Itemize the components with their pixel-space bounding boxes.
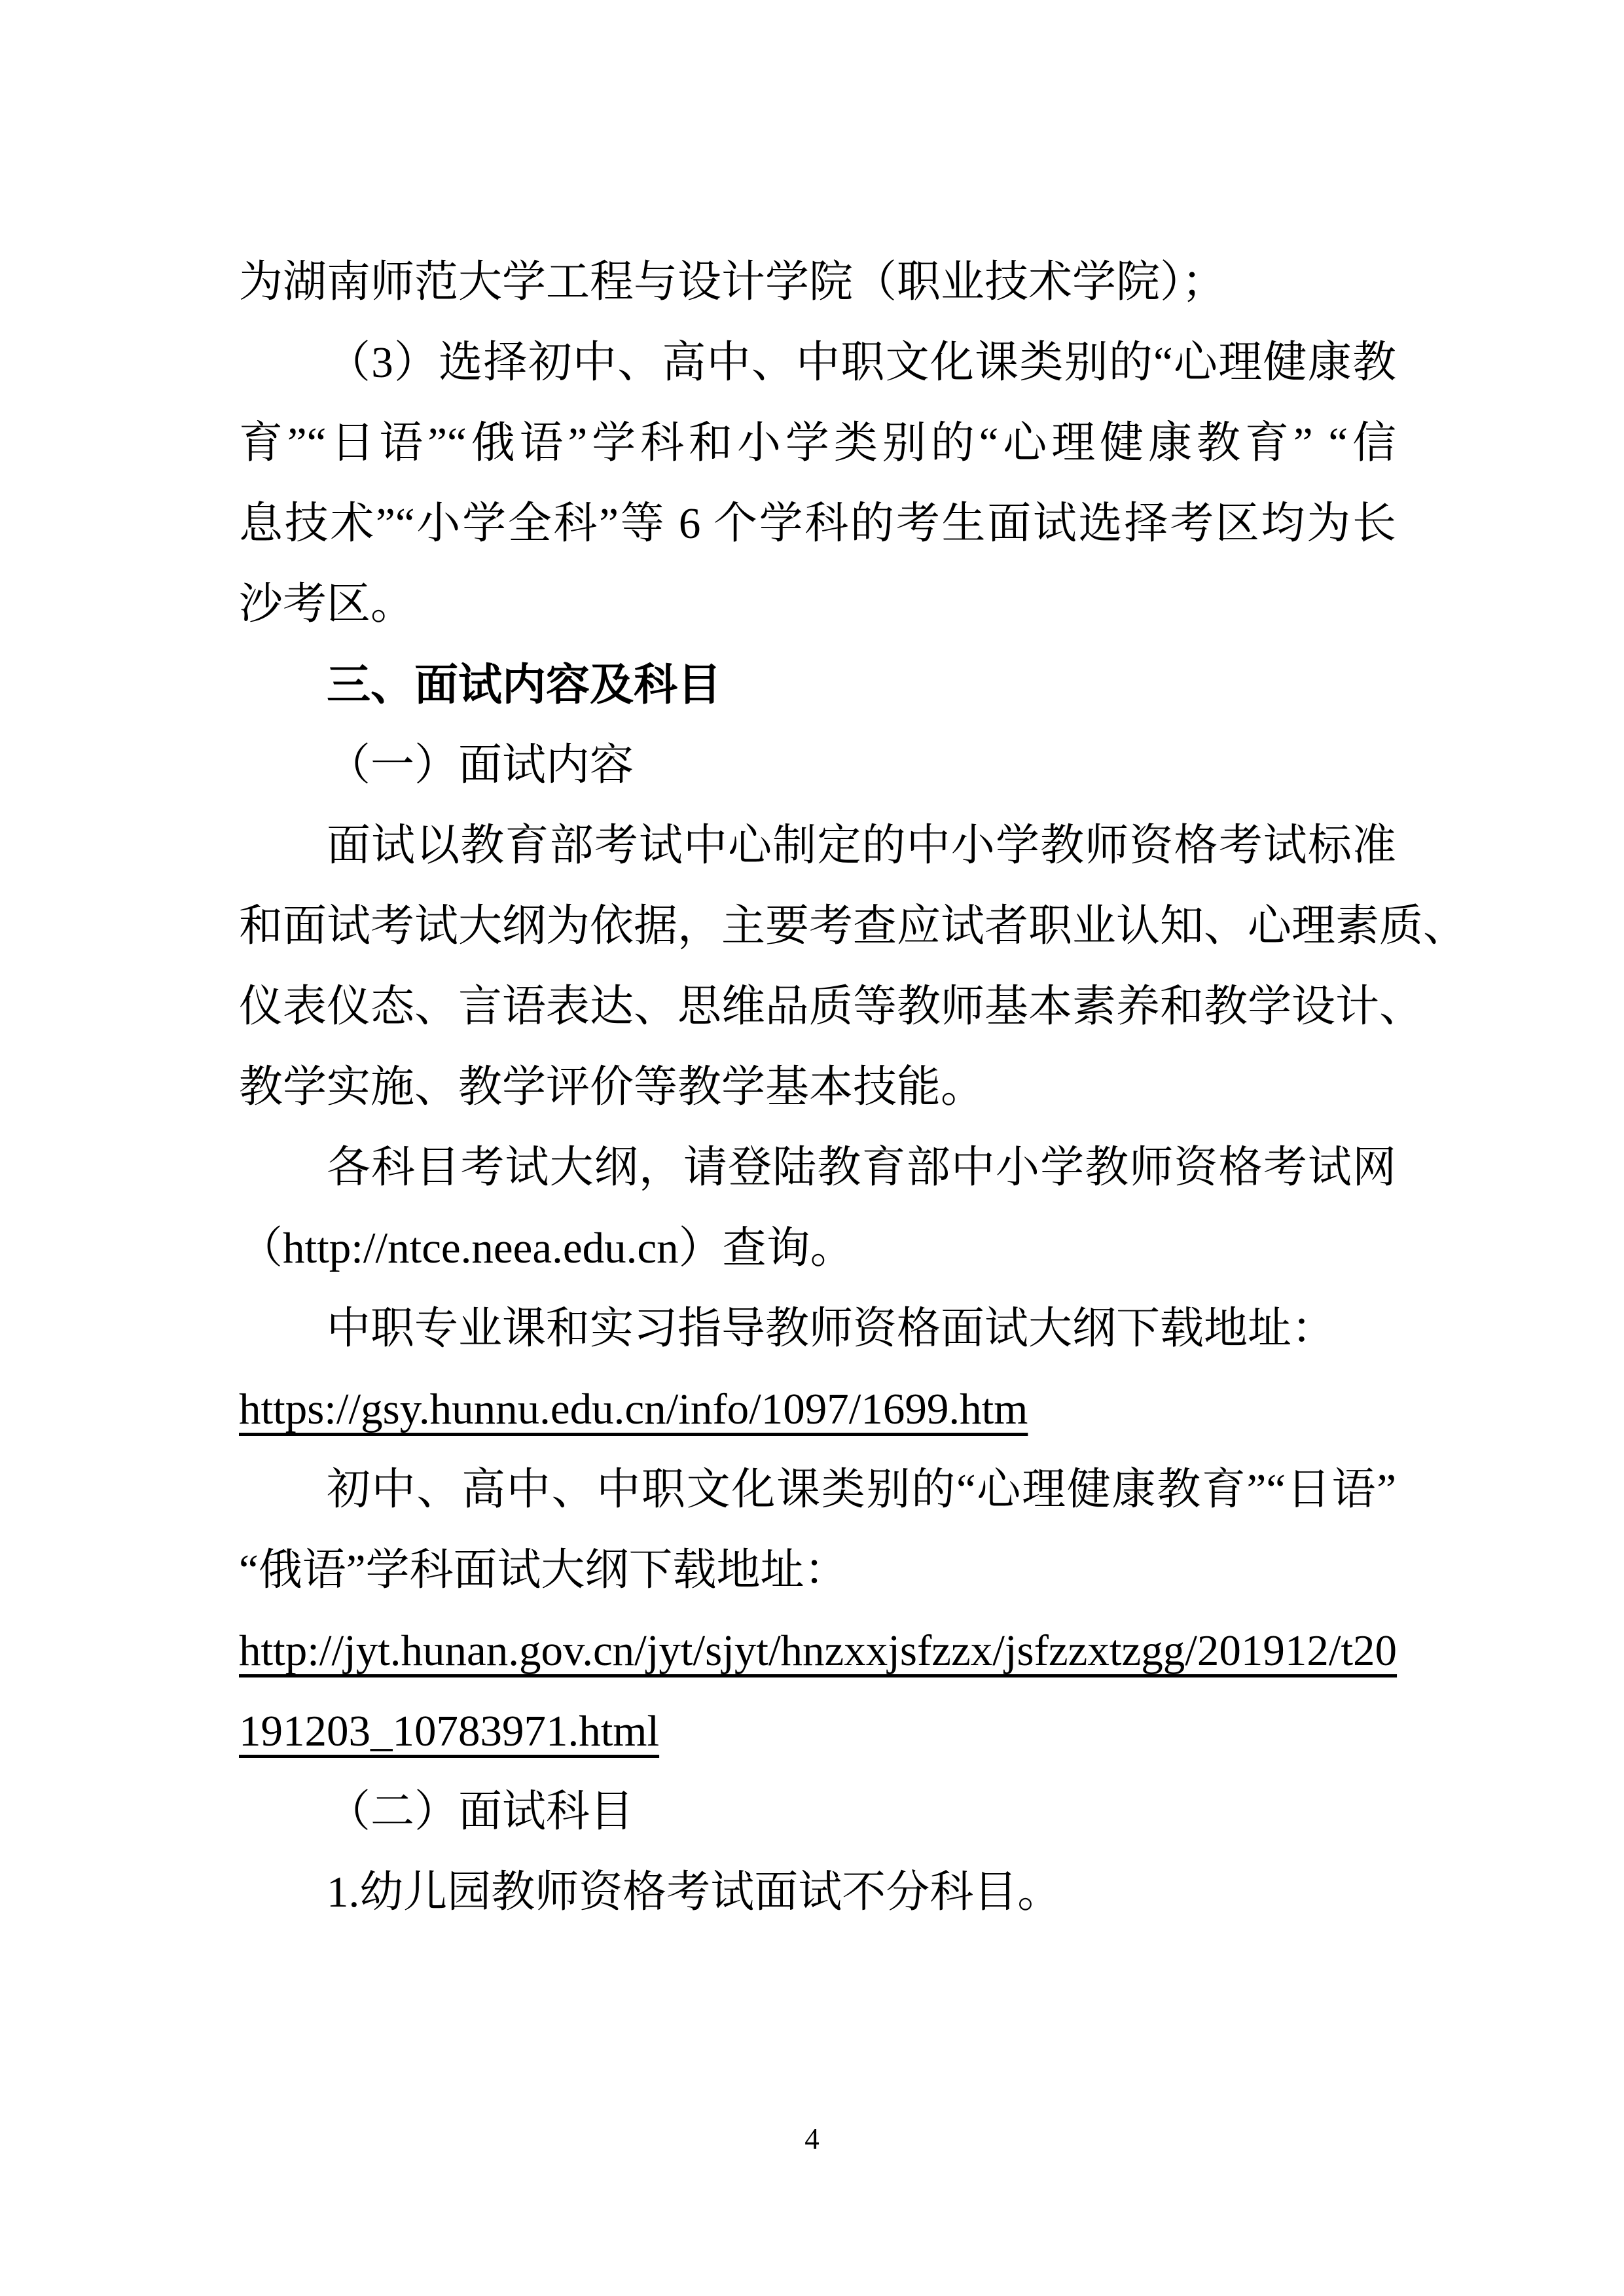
link-line[interactable]: https://gsy.hunnu.edu.cn/info/1097/1699.… (239, 1369, 1396, 1450)
text-line: 沙考区。 (239, 564, 1396, 645)
text-line: 为湖南师范大学工程与设计学院（职业技术学院）； (239, 242, 1396, 323)
text-line: 初中、高中、中职文化课类别的“心理健康教育”“日语” (239, 1450, 1396, 1530)
text-line: 1.幼儿园教师资格考试面试不分科目。 (239, 1852, 1396, 1933)
text-line: （http://ntce.neea.edu.cn）查询。 (239, 1208, 1396, 1289)
document-page: 为湖南师范大学工程与设计学院（职业技术学院）；（3）选择初中、高中、中职文化课类… (0, 0, 1624, 2296)
text-line: （3）选择初中、高中、中职文化课类别的“心理健康教 (239, 323, 1396, 403)
section-heading: 三、面试内容及科目 (239, 645, 1396, 725)
text-line: “俄语”学科面试大纲下载地址： (239, 1530, 1396, 1611)
text-line: 仪表仪态、言语表达、思维品质等教师基本素养和教学设计、 (239, 967, 1396, 1047)
document-body: 为湖南师范大学工程与设计学院（职业技术学院）；（3）选择初中、高中、中职文化课类… (239, 242, 1396, 1933)
text-line: 中职专业课和实习指导教师资格面试大纲下载地址： (239, 1289, 1396, 1369)
text-line: 和面试考试大纲为依据，主要考查应试者职业认知、心理素质、 (239, 886, 1396, 967)
text-line: 息技术”“小学全科”等 6 个学科的考生面试选择考区均为长 (239, 484, 1396, 564)
text-line: 各科目考试大纲，请登陆教育部中小学教师资格考试网 (239, 1128, 1396, 1208)
text-line: 面试以教育部考试中心制定的中小学教师资格考试标准 (239, 806, 1396, 886)
text-line: （一）面试内容 (239, 725, 1396, 806)
link-line[interactable]: http://jyt.hunan.gov.cn/jyt/sjyt/hnzxxjs… (239, 1611, 1396, 1691)
text-line: 教学实施、教学评价等教学基本技能。 (239, 1047, 1396, 1128)
link-line[interactable]: 191203_10783971.html (239, 1691, 1396, 1772)
page-number: 4 (0, 2119, 1624, 2159)
text-line: 育”“日语”“俄语”学科和小学类别的“心理健康教育” “信 (239, 403, 1396, 484)
text-line: （二）面试科目 (239, 1772, 1396, 1852)
